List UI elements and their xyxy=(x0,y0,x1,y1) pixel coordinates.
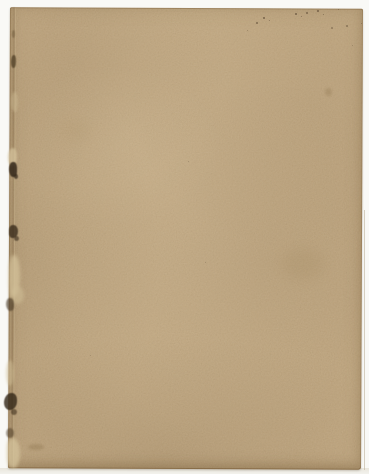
paper-edge-shadow xyxy=(8,7,363,470)
underlying-page-edge xyxy=(364,210,365,470)
paper-cover xyxy=(8,7,363,470)
scanned-document xyxy=(0,0,369,474)
